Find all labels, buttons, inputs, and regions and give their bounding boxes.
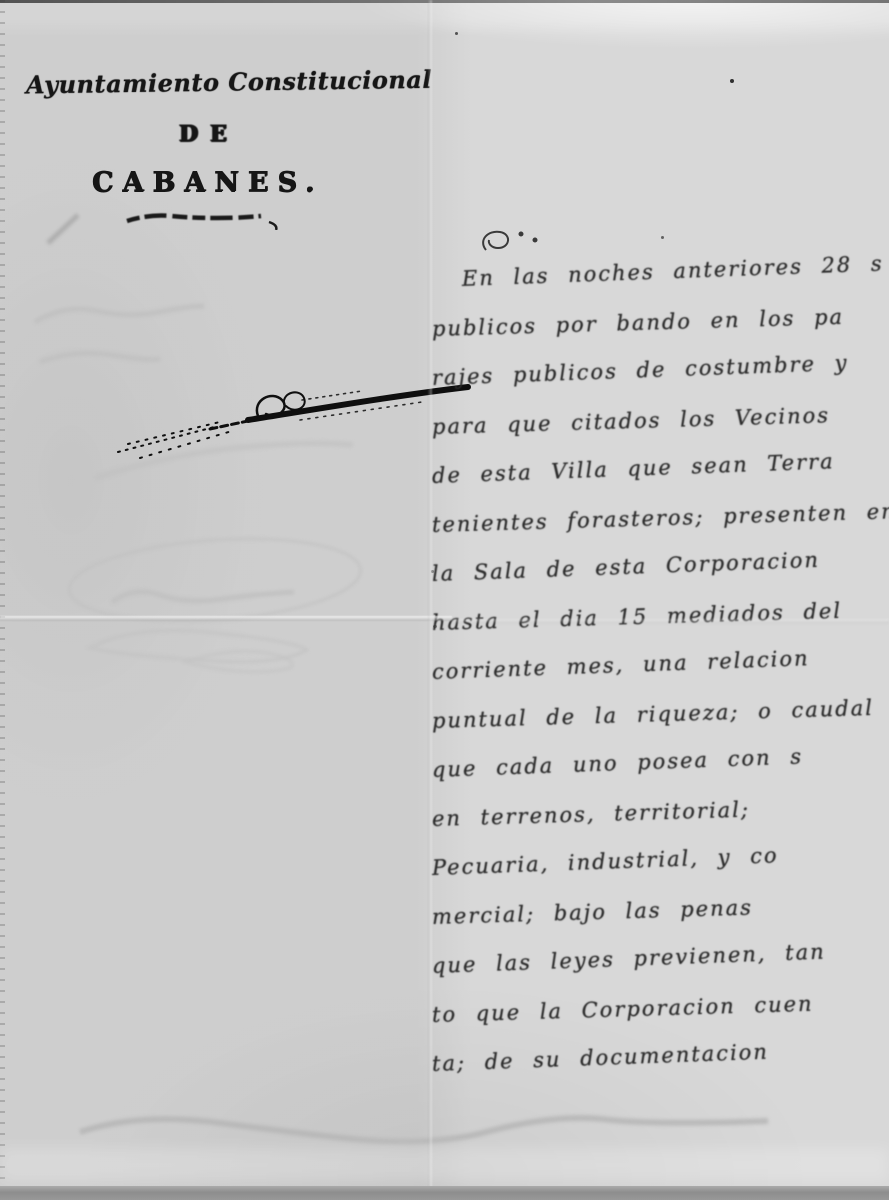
bottom-light-band (0, 1148, 889, 1182)
ink-speck (433, 625, 437, 628)
opening-dot (534, 239, 537, 242)
scan-top-edge (0, 0, 889, 3)
ink-speck (455, 32, 458, 35)
ink-speck (730, 79, 734, 83)
horizontal-fold-crease (0, 616, 452, 621)
horizontal-fold-crease-right (452, 619, 889, 623)
opening-dot (520, 233, 523, 236)
scanned-letter-page: Ayuntamiento Constitucional DE CABANES. (0, 0, 889, 1200)
opening-curl (483, 232, 508, 250)
scan-left-edge-noise (0, 0, 5, 1200)
scan-bottom-edge (0, 1186, 889, 1200)
handwritten-body: En las noches anteriores 28 s publicos p… (432, 256, 888, 1089)
vertical-fold-crease (428, 0, 432, 1200)
ink-speck (661, 236, 664, 239)
